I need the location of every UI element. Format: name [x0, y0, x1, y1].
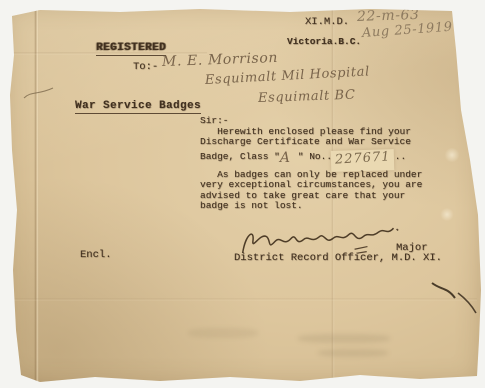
signature-title: District Record Officer, M.D. XI.	[234, 253, 442, 265]
ink-ghost-smudge	[298, 334, 390, 343]
subject-line: War Service Badges	[75, 100, 201, 114]
ink-scratch-marks	[428, 278, 480, 318]
badge-number-handwritten: 227671	[335, 149, 391, 167]
body-line: badge is not lost.	[200, 201, 303, 211]
place-line: Victoria.B.C.	[287, 37, 361, 47]
to-label: To:-	[133, 62, 158, 74]
salutation: Sir:-	[200, 116, 229, 126]
scanned-letter-scene: XI.M.D. 22-m-63 Victoria.B.C. Aug 25-191…	[0, 0, 485, 388]
registered-stamp: REGISTERED	[96, 42, 166, 56]
badge-class-handwritten: A	[280, 151, 298, 166]
enclosure-note: Encl.	[80, 250, 112, 262]
pencil-scratch-mark	[22, 84, 56, 102]
military-district-label: XI.M.D.	[305, 17, 349, 29]
worn-spot	[444, 148, 460, 162]
body-line: Discharge Certificate and War Service	[200, 137, 411, 147]
badge-line-prefix: Badge, Class "	[200, 151, 280, 162]
ink-ghost-smudge	[188, 328, 258, 338]
ink-ghost-smudge	[318, 349, 388, 357]
worn-spot	[440, 208, 454, 221]
body-line: very exceptional circumstances, you are	[200, 180, 422, 190]
letter-paper: XI.M.D. 22-m-63 Victoria.B.C. Aug 25-191…	[0, 0, 485, 388]
